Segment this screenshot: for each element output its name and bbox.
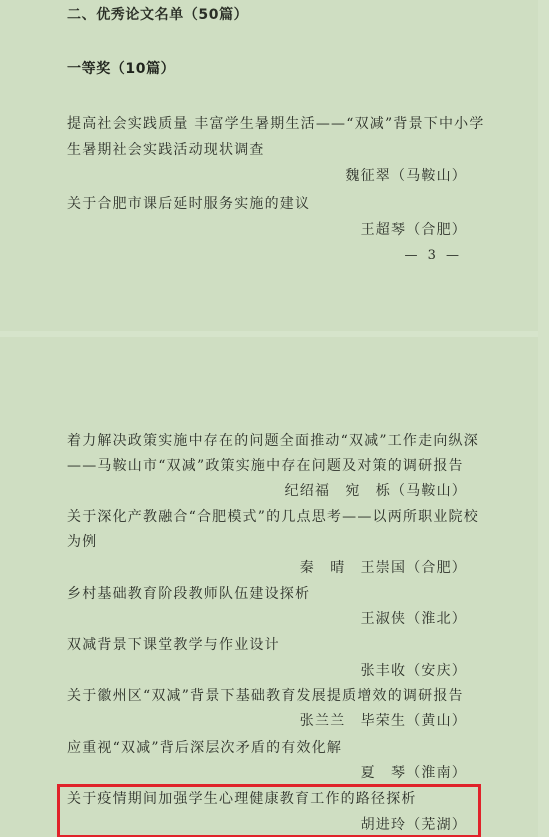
entry-title-line: 关于合肥市课后延时服务实施的建议 xyxy=(67,195,310,213)
entry-author: 张兰兰 毕荣生（黄山） xyxy=(300,712,467,730)
entry-title-line: 双减背景下课堂教学与作业设计 xyxy=(67,636,280,654)
entry-title-line: 应重视“双减”背后深层次矛盾的有效化解 xyxy=(67,739,342,757)
entry-title-line: 关于徽州区“双减”背景下基础教育发展提质增效的调研报告 xyxy=(67,687,464,705)
highlighted-entry-title: 关于疫情期间加强学生心理健康教育工作的路径探析 xyxy=(67,790,417,808)
entry-title-line: 关于深化产教融合“合肥模式”的几点思考——以两所职业院校 xyxy=(67,508,479,526)
entry-author: 纪绍福 宛 栎（马鞍山） xyxy=(285,482,467,500)
document-page-3 xyxy=(0,0,538,331)
entry-author: 秦 晴 王崇国（合肥） xyxy=(300,559,467,577)
entry-title-line: 乡村基础教育阶段教师队伍建设探析 xyxy=(67,585,310,603)
entry-title-line: 为例 xyxy=(67,533,97,551)
page-edge xyxy=(538,0,549,837)
entry-author: 王淑侠（淮北） xyxy=(361,610,467,628)
entry-title-line: 生暑期社会实践活动现状调查 xyxy=(67,141,265,159)
entry-author: 张丰收（安庆） xyxy=(361,662,467,680)
award-heading-first-prize: 一等奖（10篇） xyxy=(67,60,175,78)
entry-title-line: 着力解决政策实施中存在的问题全面推动“双减”工作走向纵深 xyxy=(67,432,479,450)
entry-author: 夏 琴（淮南） xyxy=(361,764,467,782)
entry-title-line: 提高社会实践质量 丰富学生暑期生活——“双减”背景下中小学 xyxy=(67,115,485,133)
highlighted-entry-author: 胡进玲（芜湖） xyxy=(361,816,467,834)
entry-author: 王超琴（合肥） xyxy=(361,221,467,239)
page-number: — 3 — xyxy=(404,247,462,265)
entry-author: 魏征翠（马鞍山） xyxy=(345,167,467,185)
entry-title-line: ——马鞍山市“双减”政策实施中存在问题及对策的调研报告 xyxy=(67,457,464,475)
section-heading: 二、优秀论文名单（50篇） xyxy=(67,6,248,24)
